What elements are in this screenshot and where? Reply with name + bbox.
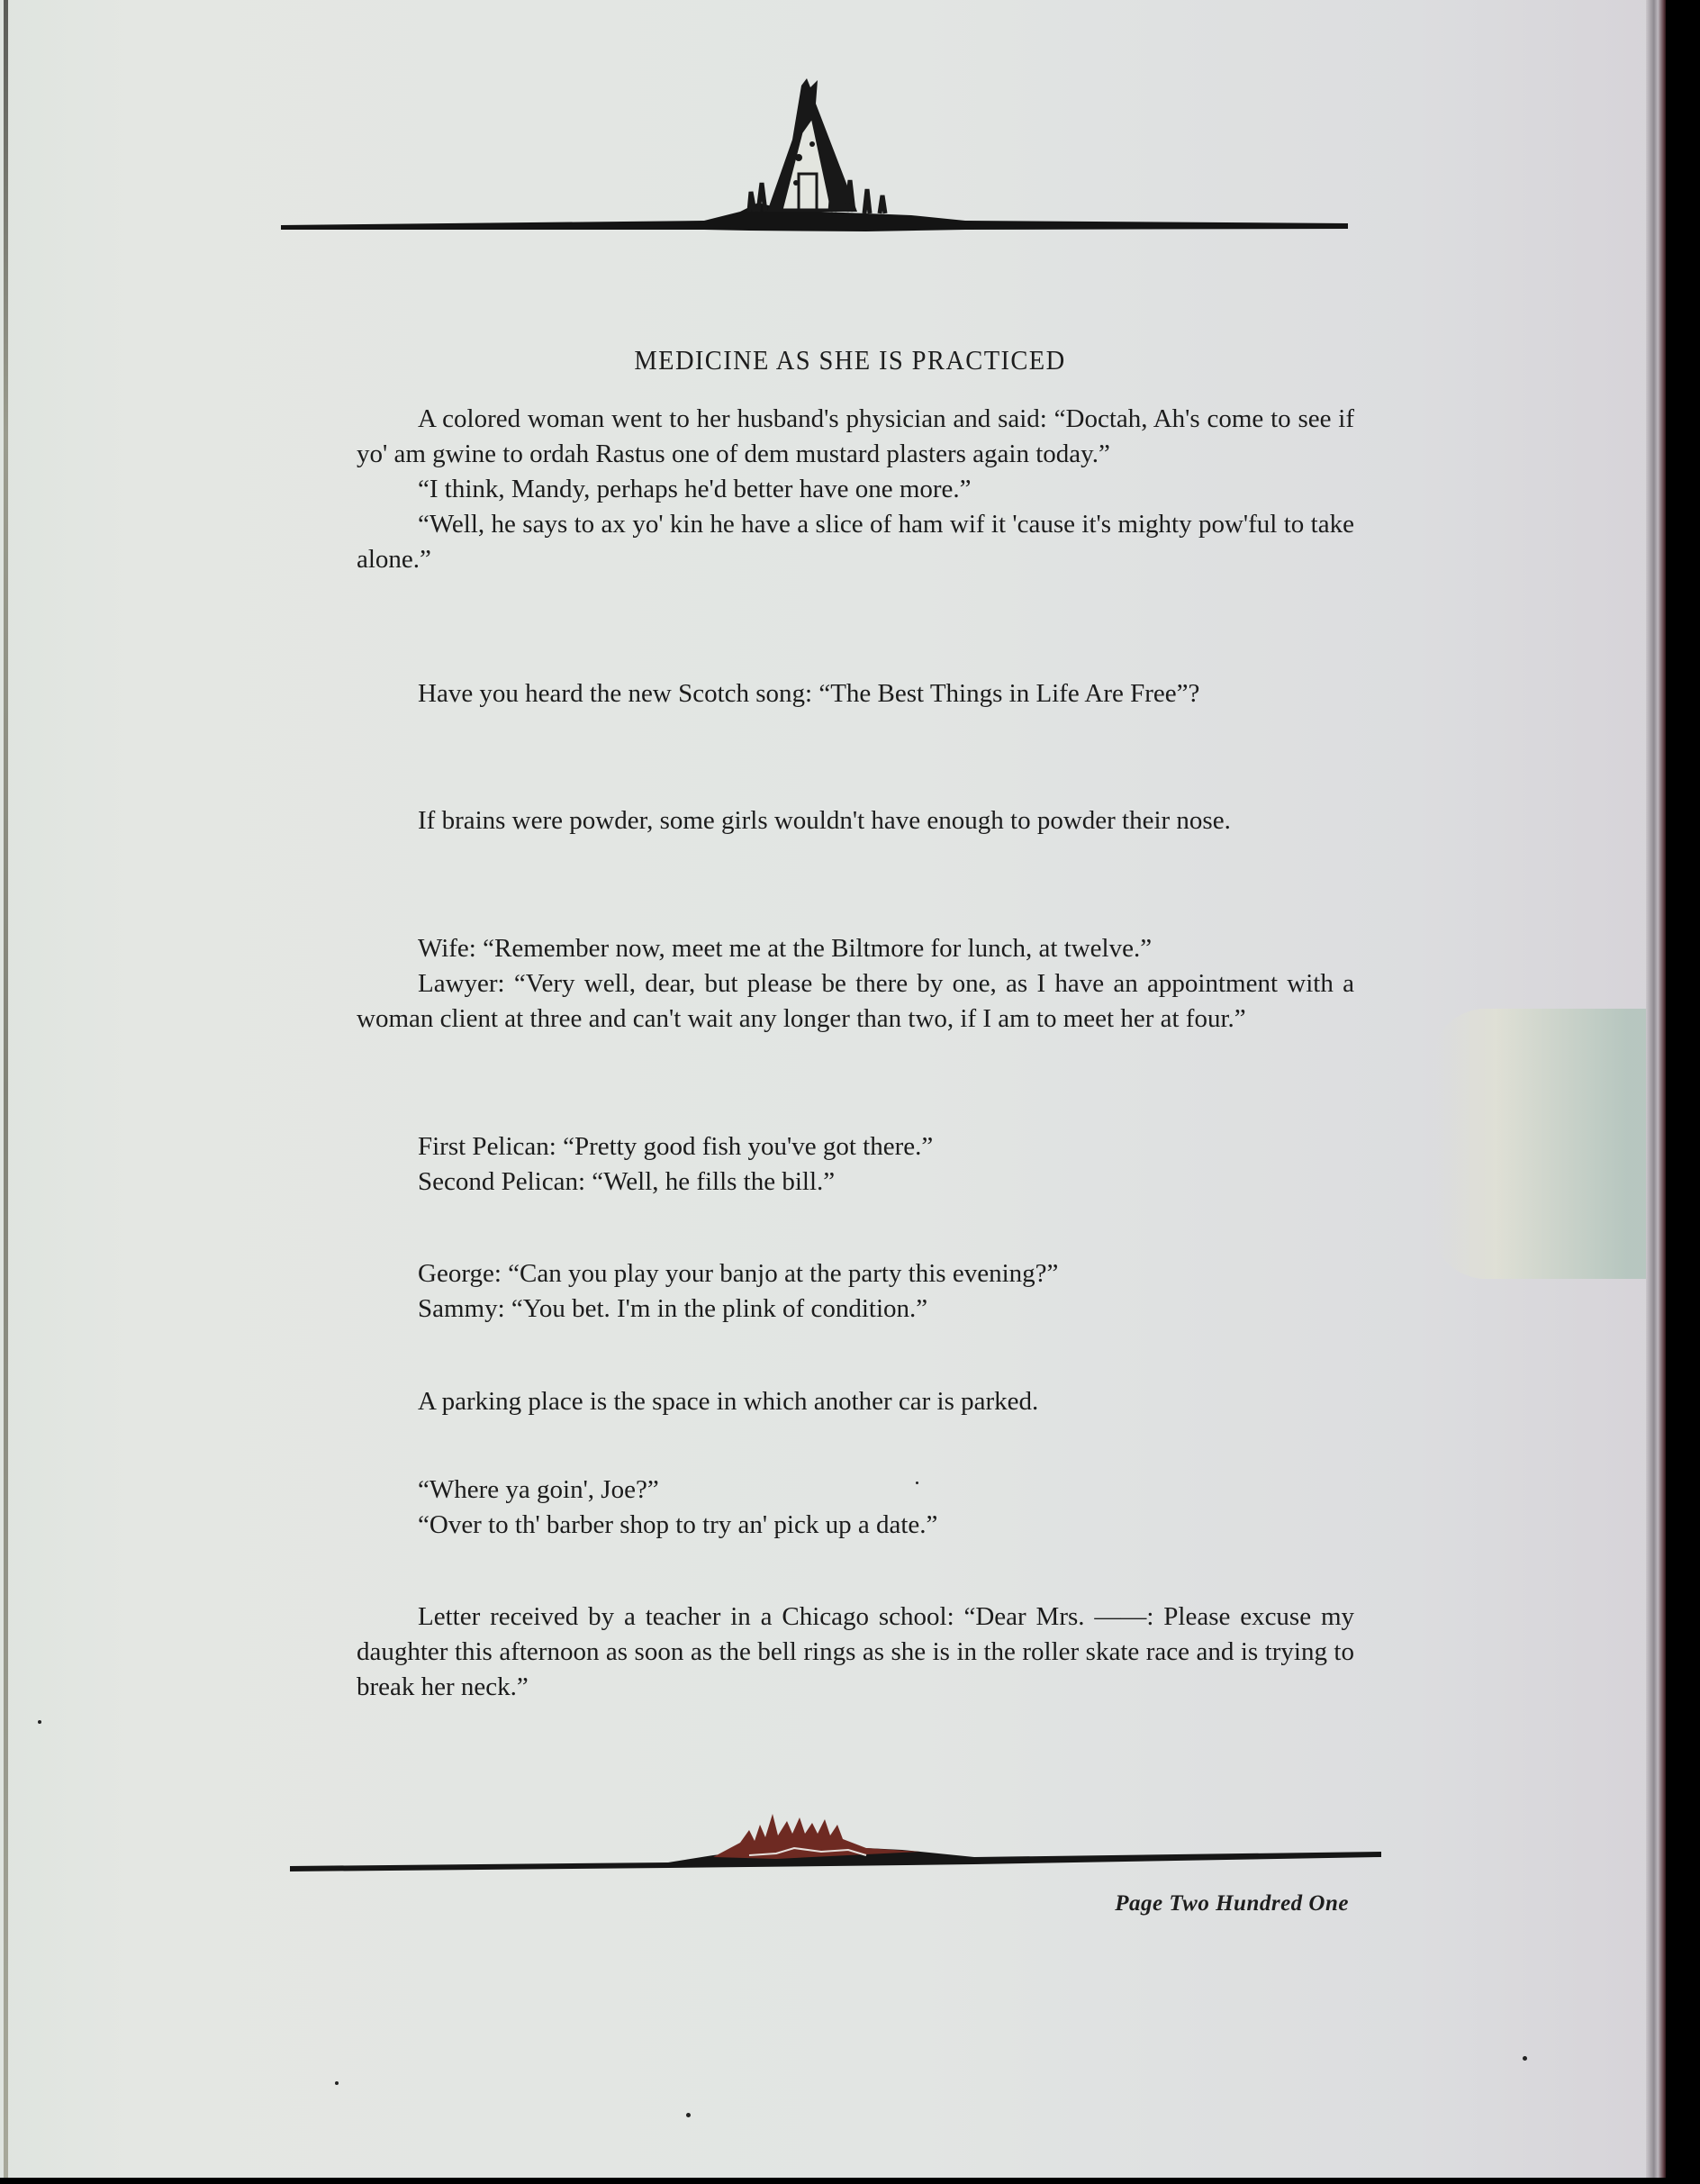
paragraph: A parking place is the space in which an… [357,1384,1354,1419]
paragraph: A colored woman went to her husband's ph… [357,402,1354,472]
paragraph: If brains were powder, some girls wouldn… [357,803,1354,838]
page-title: MEDICINE AS SHE IS PRACTICED [68,344,1632,376]
paragraph: Sammy: “You bet. I'm in the plink of con… [357,1291,1354,1327]
tepee-ornament-icon [281,77,1348,234]
joke-section: Have you heard the new Scotch song: “The… [357,676,1354,711]
joke-section: First Pelican: “Pretty good fish you've … [357,1129,1354,1200]
joke-section: A parking place is the space in which an… [357,1384,1354,1419]
paper-speck [1523,2056,1527,2061]
paragraph: “Over to th' barber shop to try an' pick… [357,1508,1354,1543]
joke-section: A colored woman went to her husband's ph… [357,402,1354,577]
joke-section: “Where ya goin', Joe?”“Over to th' barbe… [357,1473,1354,1543]
joke-section: Wife: “Remember now, meet me at the Bilt… [357,931,1354,1037]
book-page: MEDICINE AS SHE IS PRACTICED A colored w… [0,0,1666,2178]
paragraph: Lawyer: “Very well, dear, but please be … [357,966,1354,1037]
paragraph: George: “Can you play your banjo at the … [357,1256,1354,1291]
forest-island-ornament-icon [290,1810,1381,1882]
paper-speck [916,1482,918,1484]
paper-stain [1432,1009,1648,1279]
joke-section: If brains were powder, some girls wouldn… [357,803,1354,838]
page-fore-edge [1646,0,1666,2178]
joke-section: George: “Can you play your banjo at the … [357,1256,1354,1327]
joke-section: Letter received by a teacher in a Chicag… [357,1599,1354,1705]
paper-speck [335,2081,339,2085]
page-binding-edge [4,0,8,2178]
paper-speck [686,2113,691,2117]
paper-speck [38,1720,41,1724]
paragraph: “Where ya goin', Joe?” [357,1473,1354,1508]
paragraph: “Well, he says to ax yo' kin he have a s… [357,507,1354,577]
paragraph: Wife: “Remember now, meet me at the Bilt… [357,931,1354,966]
paragraph: Letter received by a teacher in a Chicag… [357,1599,1354,1705]
page-number-footer: Page Two Hundred One [1115,1891,1349,1917]
paragraph: Second Pelican: “Well, he fills the bill… [357,1164,1354,1200]
paragraph: “I think, Mandy, perhaps he'd better hav… [357,472,1354,507]
paragraph: Have you heard the new Scotch song: “The… [357,676,1354,711]
paragraph: First Pelican: “Pretty good fish you've … [357,1129,1354,1164]
